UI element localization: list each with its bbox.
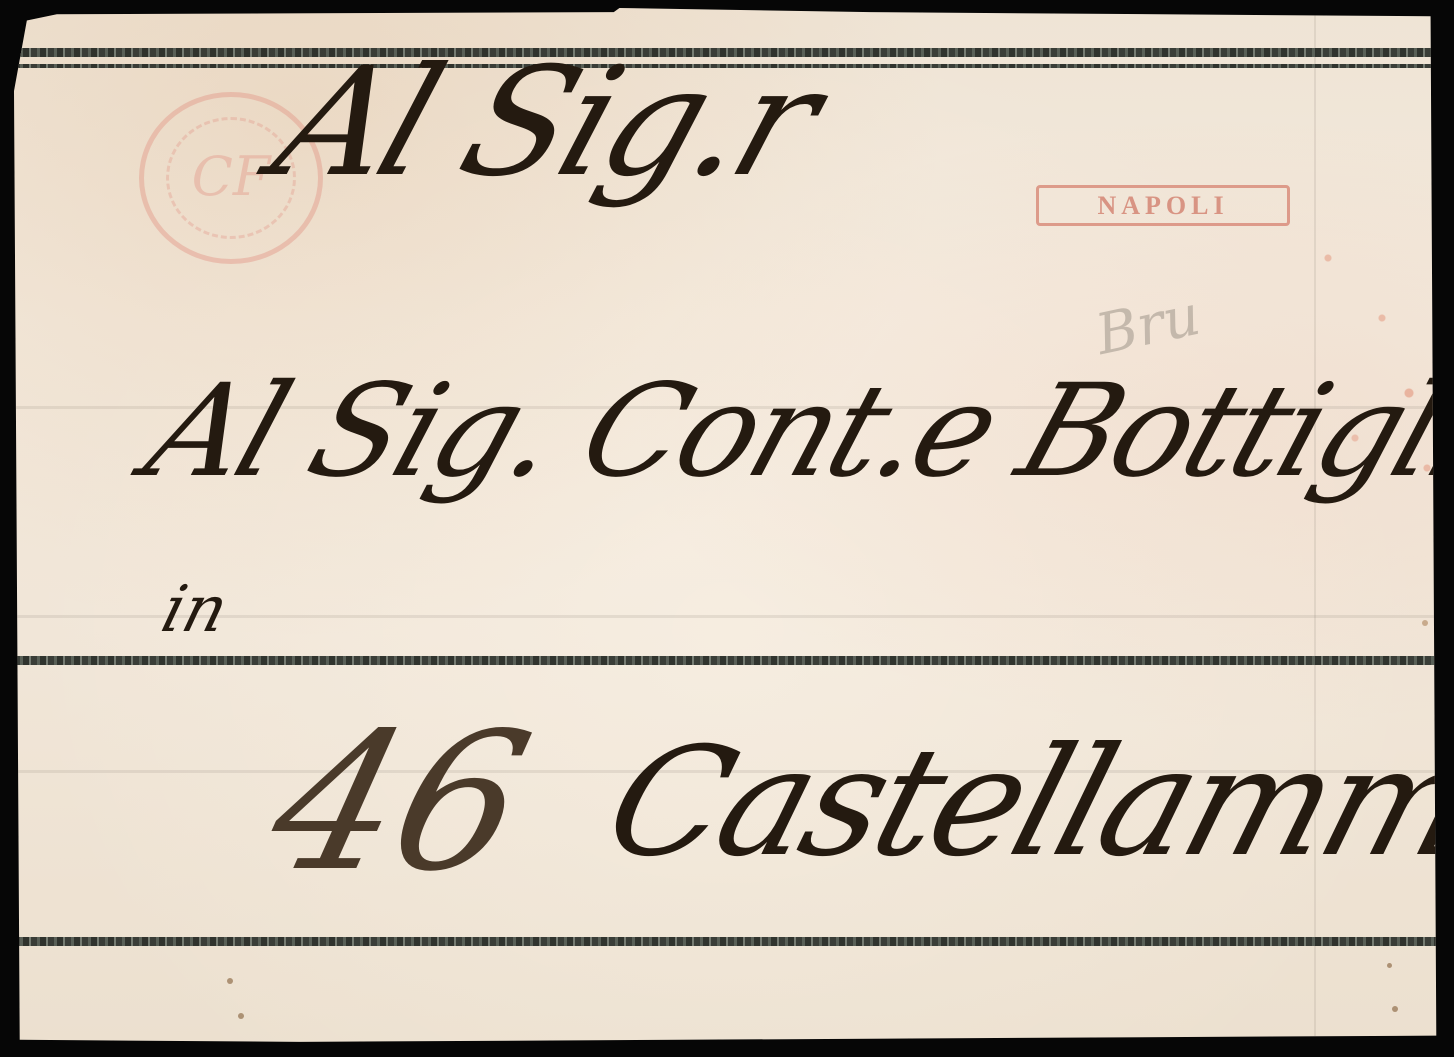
scan-canvas: CF NAPOLI Bru Al Sig.r Al Sig. Cont.e Bo… <box>0 0 1454 1057</box>
foxing-spot <box>1387 963 1392 968</box>
address-recipient: Al Sig. Cont.e Bottiglieri <box>133 368 1454 496</box>
fold-line <box>14 615 1442 618</box>
address-salutation: Al Sig.r <box>260 48 831 198</box>
address-destination: Castellammare <box>592 728 1454 878</box>
foxing-spot <box>1422 620 1428 626</box>
pencil-annotation: Bru <box>1090 283 1205 368</box>
foxing-spot <box>227 978 233 984</box>
napoli-postmark: NAPOLI <box>1036 185 1290 226</box>
foxing-spot <box>238 1013 244 1019</box>
address-in: in <box>155 578 234 642</box>
rate-marking: 46 <box>255 708 544 898</box>
fold-line <box>1314 8 1316 1046</box>
letter-cover: CF NAPOLI Bru Al Sig.r Al Sig. Cont.e Bo… <box>14 8 1442 1046</box>
middle-ruling <box>14 656 1442 665</box>
foxing-spot <box>1392 1006 1398 1012</box>
bottom-ruling <box>14 937 1442 946</box>
